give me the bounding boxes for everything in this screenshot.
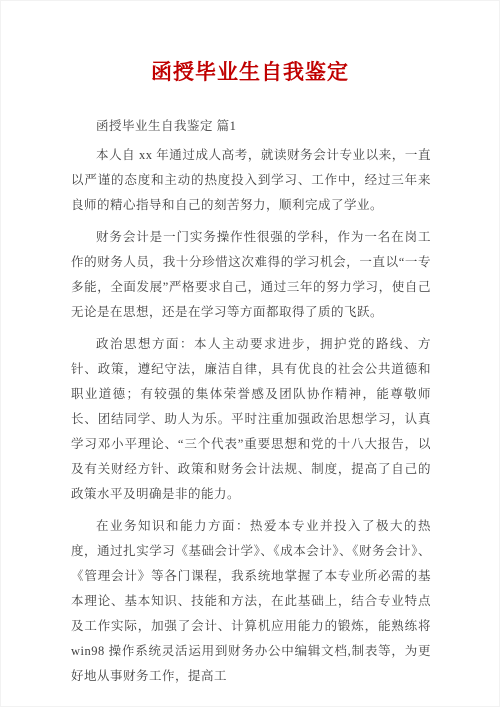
paragraph: 在业务知识和能力方面：热爱本专业并投入了极大的热度，通过扎实学习《基础会计学》、…	[71, 514, 431, 689]
document-body: 函授毕业生自我鉴定 篇1 本人自 xx 年通过成人高考，就读财务会计专业以来，一…	[71, 114, 431, 689]
paragraph: 政治思想方面：本人主动要求进步，拥护党的路线、方针、政策，遵纪守法，廉洁自律，具…	[71, 332, 431, 507]
section-heading: 函授毕业生自我鉴定 篇1	[71, 114, 431, 139]
document-title: 函授毕业生自我鉴定	[1, 1, 499, 87]
document-page: 函授毕业生自我鉴定 函授毕业生自我鉴定 篇1 本人自 xx 年通过成人高考，就读…	[0, 0, 500, 707]
paragraph: 本人自 xx 年通过成人高考，就读财务会计专业以来，一直以严谨的态度和主动的热度…	[71, 143, 431, 218]
paragraph: 财务会计是一门实务操作性很强的学科，作为一名在岗工作的财务人员，我十分珍惜这次难…	[71, 225, 431, 325]
